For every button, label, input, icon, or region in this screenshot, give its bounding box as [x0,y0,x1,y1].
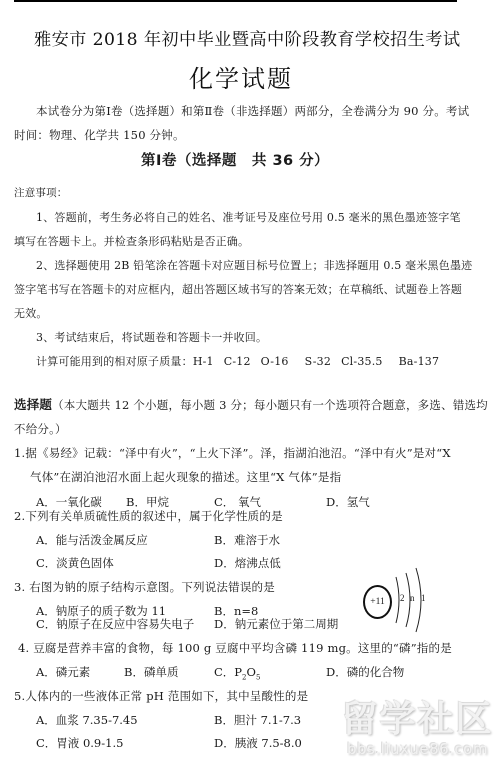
watermark-logo: 留学社区 bbs.liuxue86.com [335,700,500,770]
mc-heading-desc-line-2: 不给分。） [14,422,67,436]
intro-text-line-1: 本试卷分为第Ⅰ卷（选择题）和第Ⅱ卷（非选择题）两部分，全卷满分为 90 分。考试 [36,104,469,118]
question-3-option-a: A．钠原子的质子数为 11 [36,604,166,618]
notice-label: 注意事项： [14,186,68,200]
mc-section-heading: 选择题（本大题共 12 个小题，每小题 3 分；每小题只有一个选项符合题意，多选… [14,398,488,412]
question-1-option-b: B．甲烷 [126,495,169,509]
atomic-mass-list: 计算可能用到的相对原子质量：H-1C-12O-16S-32Cl-35.5Ba-1… [36,355,439,369]
atomic-mass-cl: Cl-35.5 [341,355,383,368]
notice-item-1-line-1: 1、答题前，考生务必将自己的姓名、准考证号及座位号用 0.5 毫米的黑色墨迹签字… [36,211,461,225]
question-2-option-a: A．能与活泼金属反应 [36,533,148,547]
question-2-option-c: C．淡黄色固体 [36,556,114,570]
atomic-mass-c: C-12 [224,355,251,368]
question-5-option-c: C．胃液 0.9-1.5 [36,736,123,750]
intro-text-line-2: 时间：物理、化学共 150 分钟。 [14,128,185,142]
notice-item-1-line-2: 填写在答题卡上。并检查条形码粘贴是否正确。 [14,235,249,249]
notice-item-2-line-1: 2、选择题使用 2B 铅笔涂在答题卡对应题目标号位置上；非选择题用 0.5 毫米… [36,259,472,273]
atomic-mass-ba: Ba-137 [399,355,440,368]
shell-1-electrons: 2 [400,593,405,603]
watermark-title: 留学社区 [335,700,500,740]
question-4-option-b: B．磷单质 [124,665,178,679]
question-5-option-d: D．胰液 7.5-8.0 [214,736,302,750]
atomic-mass-label: 计算可能用到的相对原子质量： [36,355,193,368]
subject-title: 化学试题 [189,64,293,94]
top-rule [14,0,457,2]
question-2-stem: 2.下列有关单质硫性质的叙述中，属于化学性质的是 [14,509,283,523]
shell-3-electrons: 1 [421,593,426,603]
question-5-stem: 5.人体内的一些液体正常 pH 范围如下，其中呈酸性的是 [14,689,308,703]
question-4-option-c: C．P2O5 [214,665,260,684]
question-1-option-d: D．氢气 [326,495,370,509]
question-1-stem-line-1: 1.据《易经》记载：“泽中有火”，“上火下泽”。泽，指湖泊池沼。“泽中有火”是对… [14,446,451,460]
question-2-option-d: D．熔沸点低 [214,556,281,570]
question-1-option-c: C． 氧气 [214,495,261,509]
question-4-stem: 4. 豆腐是营养丰富的食物，每 100 g 豆腐中平均含磷 119 mg。这里的… [18,641,452,655]
question-3-option-b: B．n=8 [214,604,258,618]
notice-item-2-line-3: 无效。 [14,307,48,321]
notice-item-2-line-2: 签字笔书写在答题卡的对应框内，超出答题区域书写的答案无效；在草稿纸、试题卷上答题 [14,283,462,297]
question-3-option-d: D．钠元素位于第二周期 [214,617,338,631]
watermark-url: bbs.liuxue86.com [335,740,500,758]
atomic-mass-h: H-1 [193,355,214,368]
question-5-option-a: A．血浆 7.35-7.45 [36,713,138,727]
question-3-option-c: C．钠原子在反应中容易失电子 [36,617,194,631]
shell-2-electrons: n [410,593,415,603]
atomic-mass-o: O-16 [261,355,289,368]
question-5-option-b: B．胆汁 7.1-7.3 [214,713,301,727]
sodium-atom-diagram: +11 2 n 1 [360,565,440,640]
mc-heading-desc: （本大题共 12 个小题，每小题 3 分；每小题只有一个选项符合题意，多选、错选… [52,398,488,412]
section-heading: 第Ⅰ卷（选择题 共 36 分） [141,152,329,170]
notice-item-3: 3、考试结束后，将试题卷和答题卡一并收回。 [36,331,267,345]
question-1-option-a: A．一氧化碳 [36,495,102,509]
question-2-option-b: B．难溶于水 [214,533,280,547]
question-4-option-a: A．磷元素 [36,665,90,679]
atomic-mass-s: S-32 [305,355,331,368]
question-1-stem-line-2: 气体”在湖泊池沼水面上起火现象的描述。这里“X 气体”是指 [30,470,341,484]
question-3-stem: 3. 右图为钠的原子结构示意图。下列说法错误的是 [14,580,275,594]
question-4-option-d: D．磷的化合物 [326,665,404,679]
exam-title: 雅安市 2018 年初中毕业暨高中阶段教育学校招生考试 [34,29,460,51]
mc-heading-bold: 选择题 [14,397,52,412]
